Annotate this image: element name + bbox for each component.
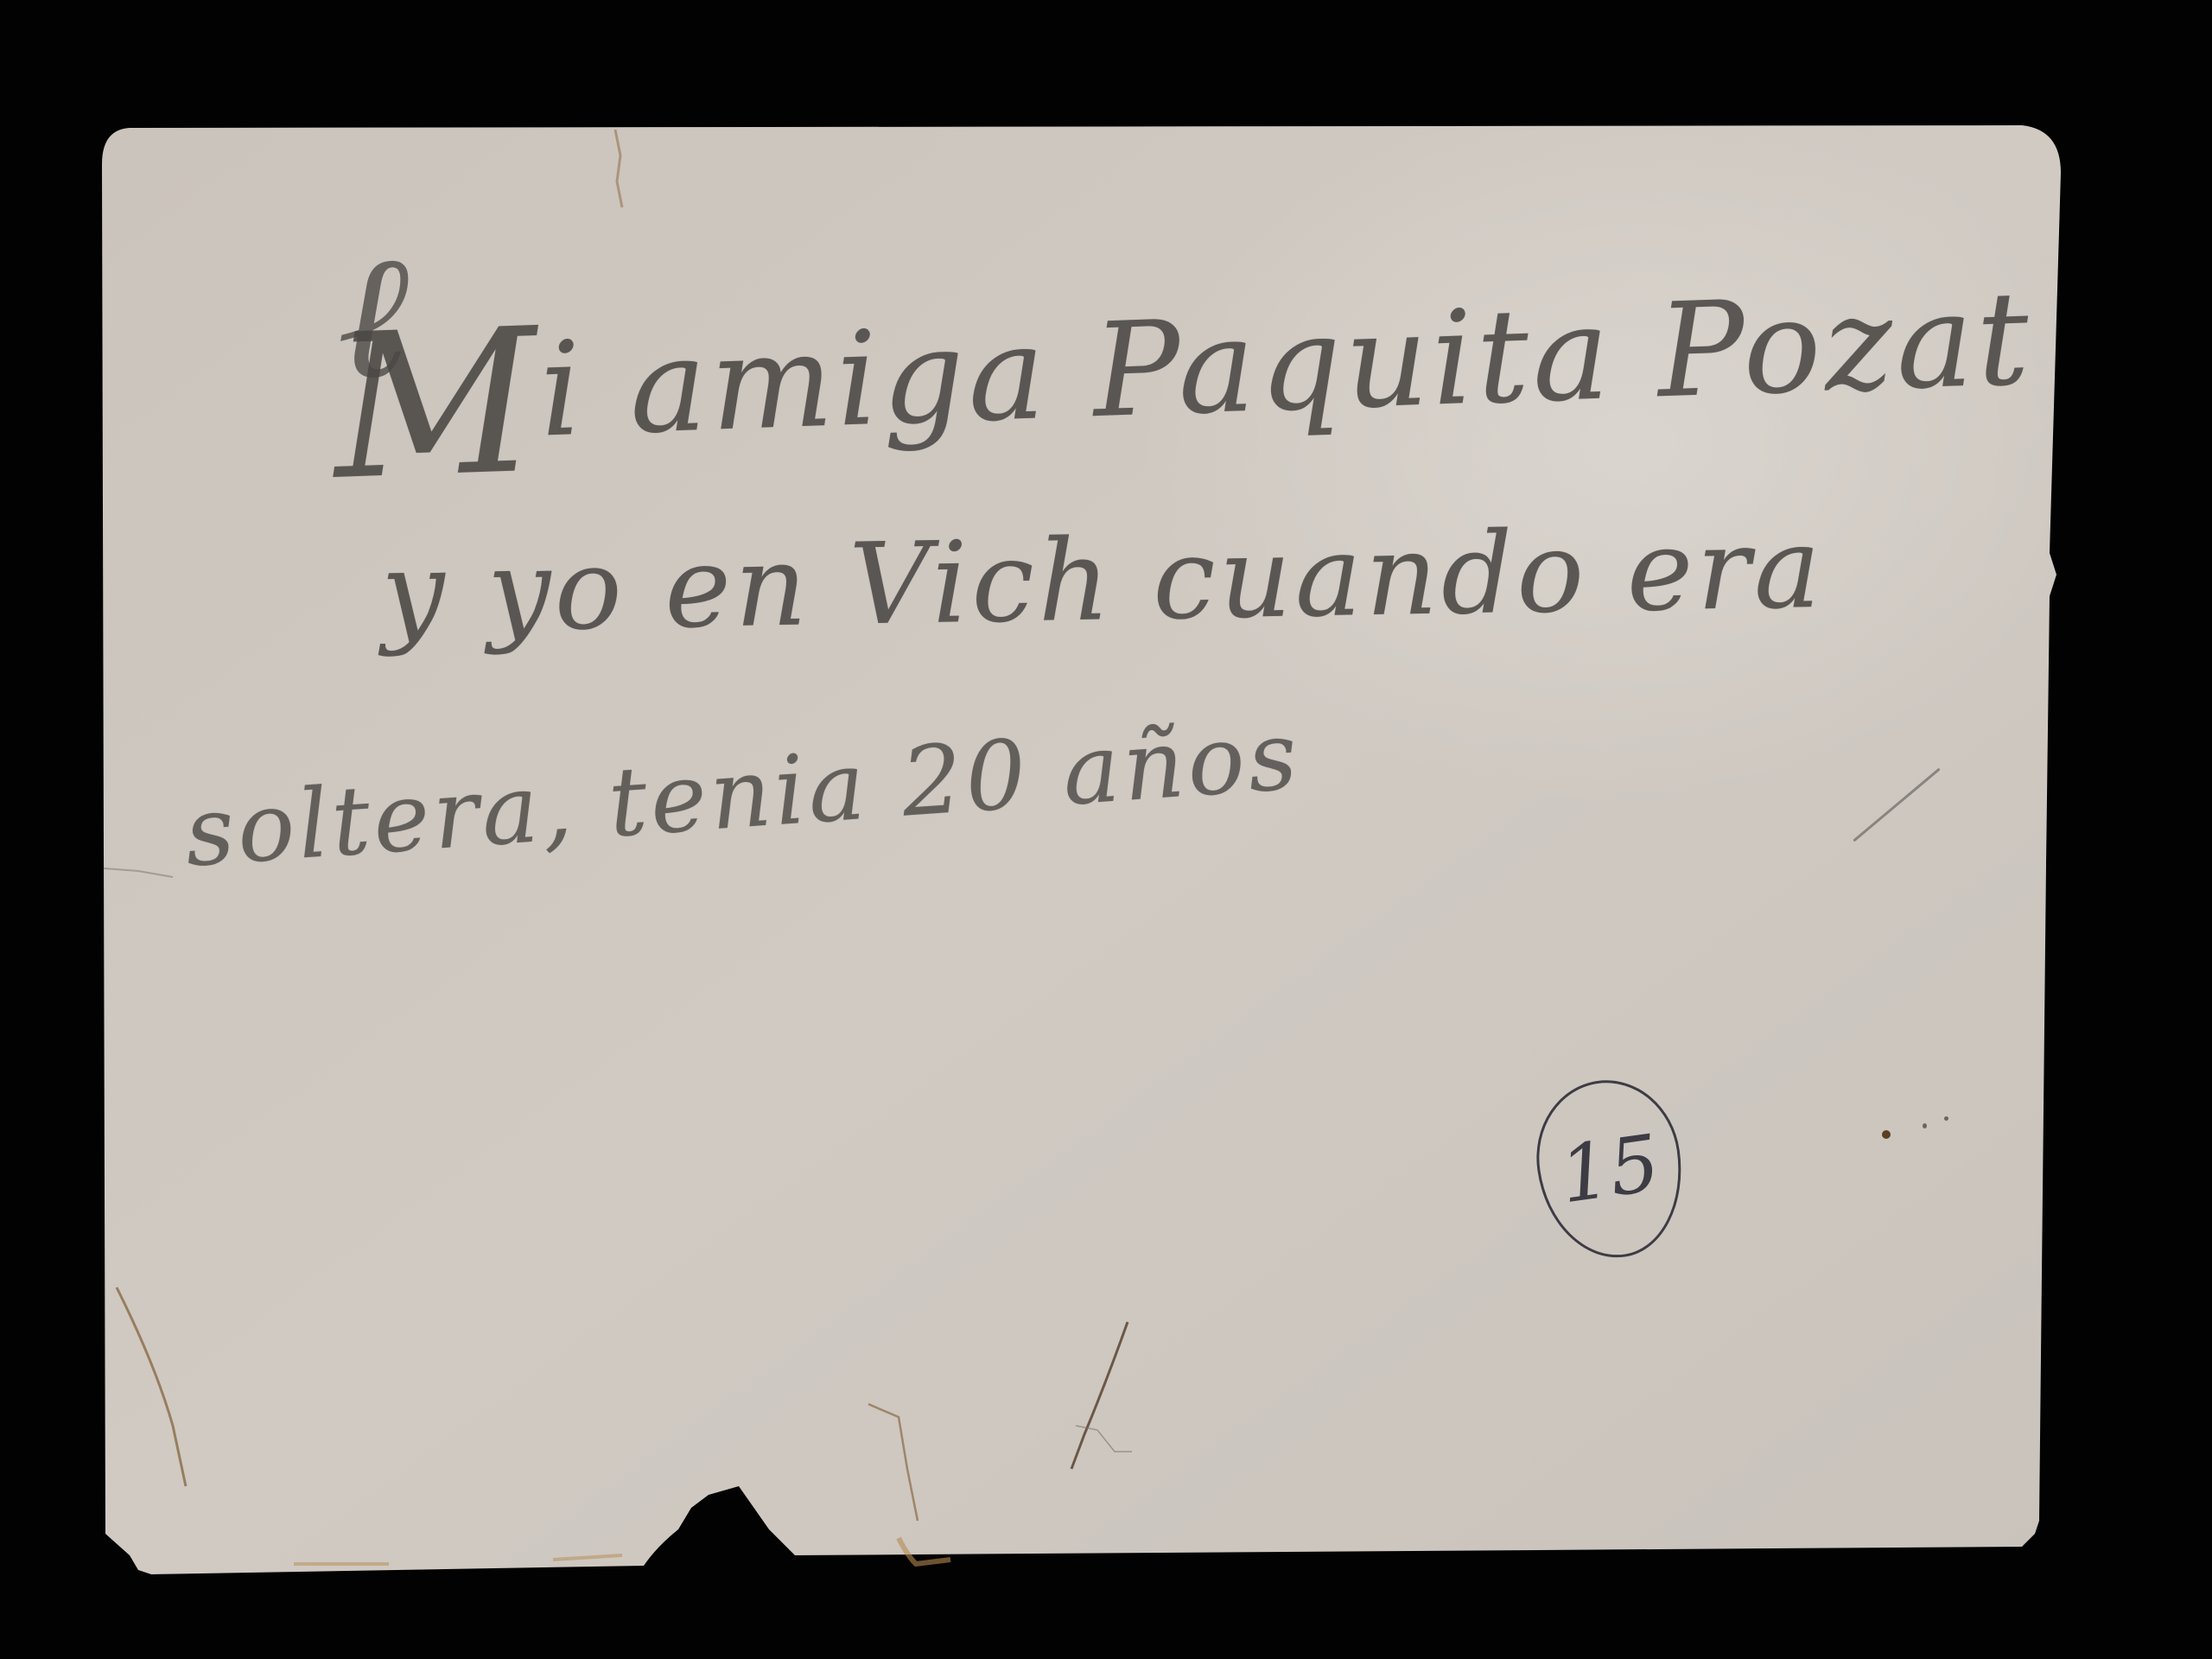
aged-paper-card bbox=[0, 0, 2212, 1659]
document-scan: ℓ Mi amiga Paquita Pozat y yo en Vich cu… bbox=[0, 0, 2212, 1659]
